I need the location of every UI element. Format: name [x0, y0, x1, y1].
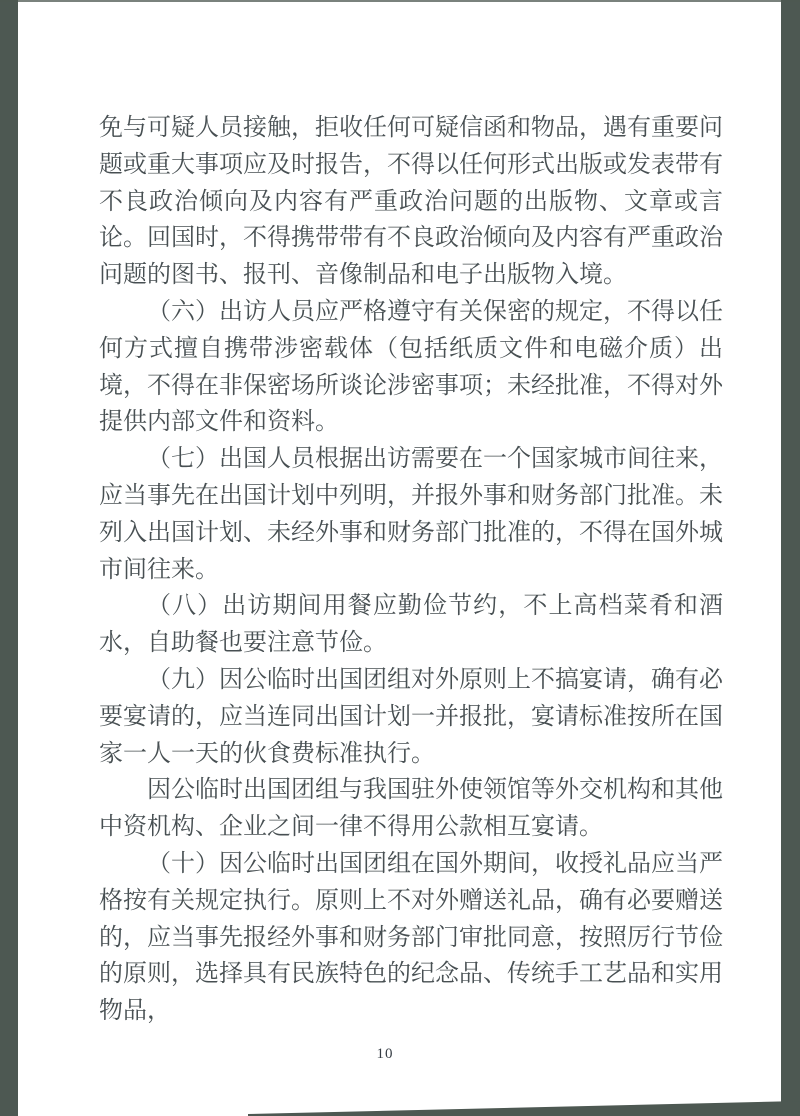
- scan-edge-left: [0, 0, 18, 1116]
- paragraph: （九）因公临时出国团组对外原则上不搞宴请，确有必要宴请的，应当连同出国计划一并报…: [99, 662, 723, 772]
- paragraph: （六）出访人员应严格遵守有关保密的规定，不得以任何方式擅自携带涉密载体（包括纸质…: [99, 294, 723, 441]
- scan-edge-right: [781, 0, 800, 1116]
- paragraph: 免与可疑人员接触，拒收任何可疑信函和物品，遇有重要问题或重大事项应及时报告，不得…: [99, 110, 723, 294]
- scan-edge-top: [0, 0, 800, 2]
- scanned-page: 免与可疑人员接触，拒收任何可疑信函和物品，遇有重要问题或重大事项应及时报告，不得…: [0, 0, 800, 1116]
- page-number: 10: [0, 1046, 770, 1063]
- document-body: 免与可疑人员接触，拒收任何可疑信函和物品，遇有重要问题或重大事项应及时报告，不得…: [99, 110, 723, 1030]
- paragraph: 因公临时出国团组与我国驻外使领馆等外交机构和其他中资机构、企业之间一律不得用公款…: [99, 772, 723, 846]
- paragraph: （八）出访期间用餐应勤俭节约，不上高档菜肴和酒水，自助餐也要注意节俭。: [99, 588, 723, 662]
- paragraph: （七）出国人员根据出访需要在一个国家城市间往来，应当事先在出国计划中列明，并报外…: [99, 441, 723, 588]
- paragraph: （十）因公临时出国团组在国外期间，收授礼品应当严格按有关规定执行。原则上不对外赠…: [99, 846, 723, 1030]
